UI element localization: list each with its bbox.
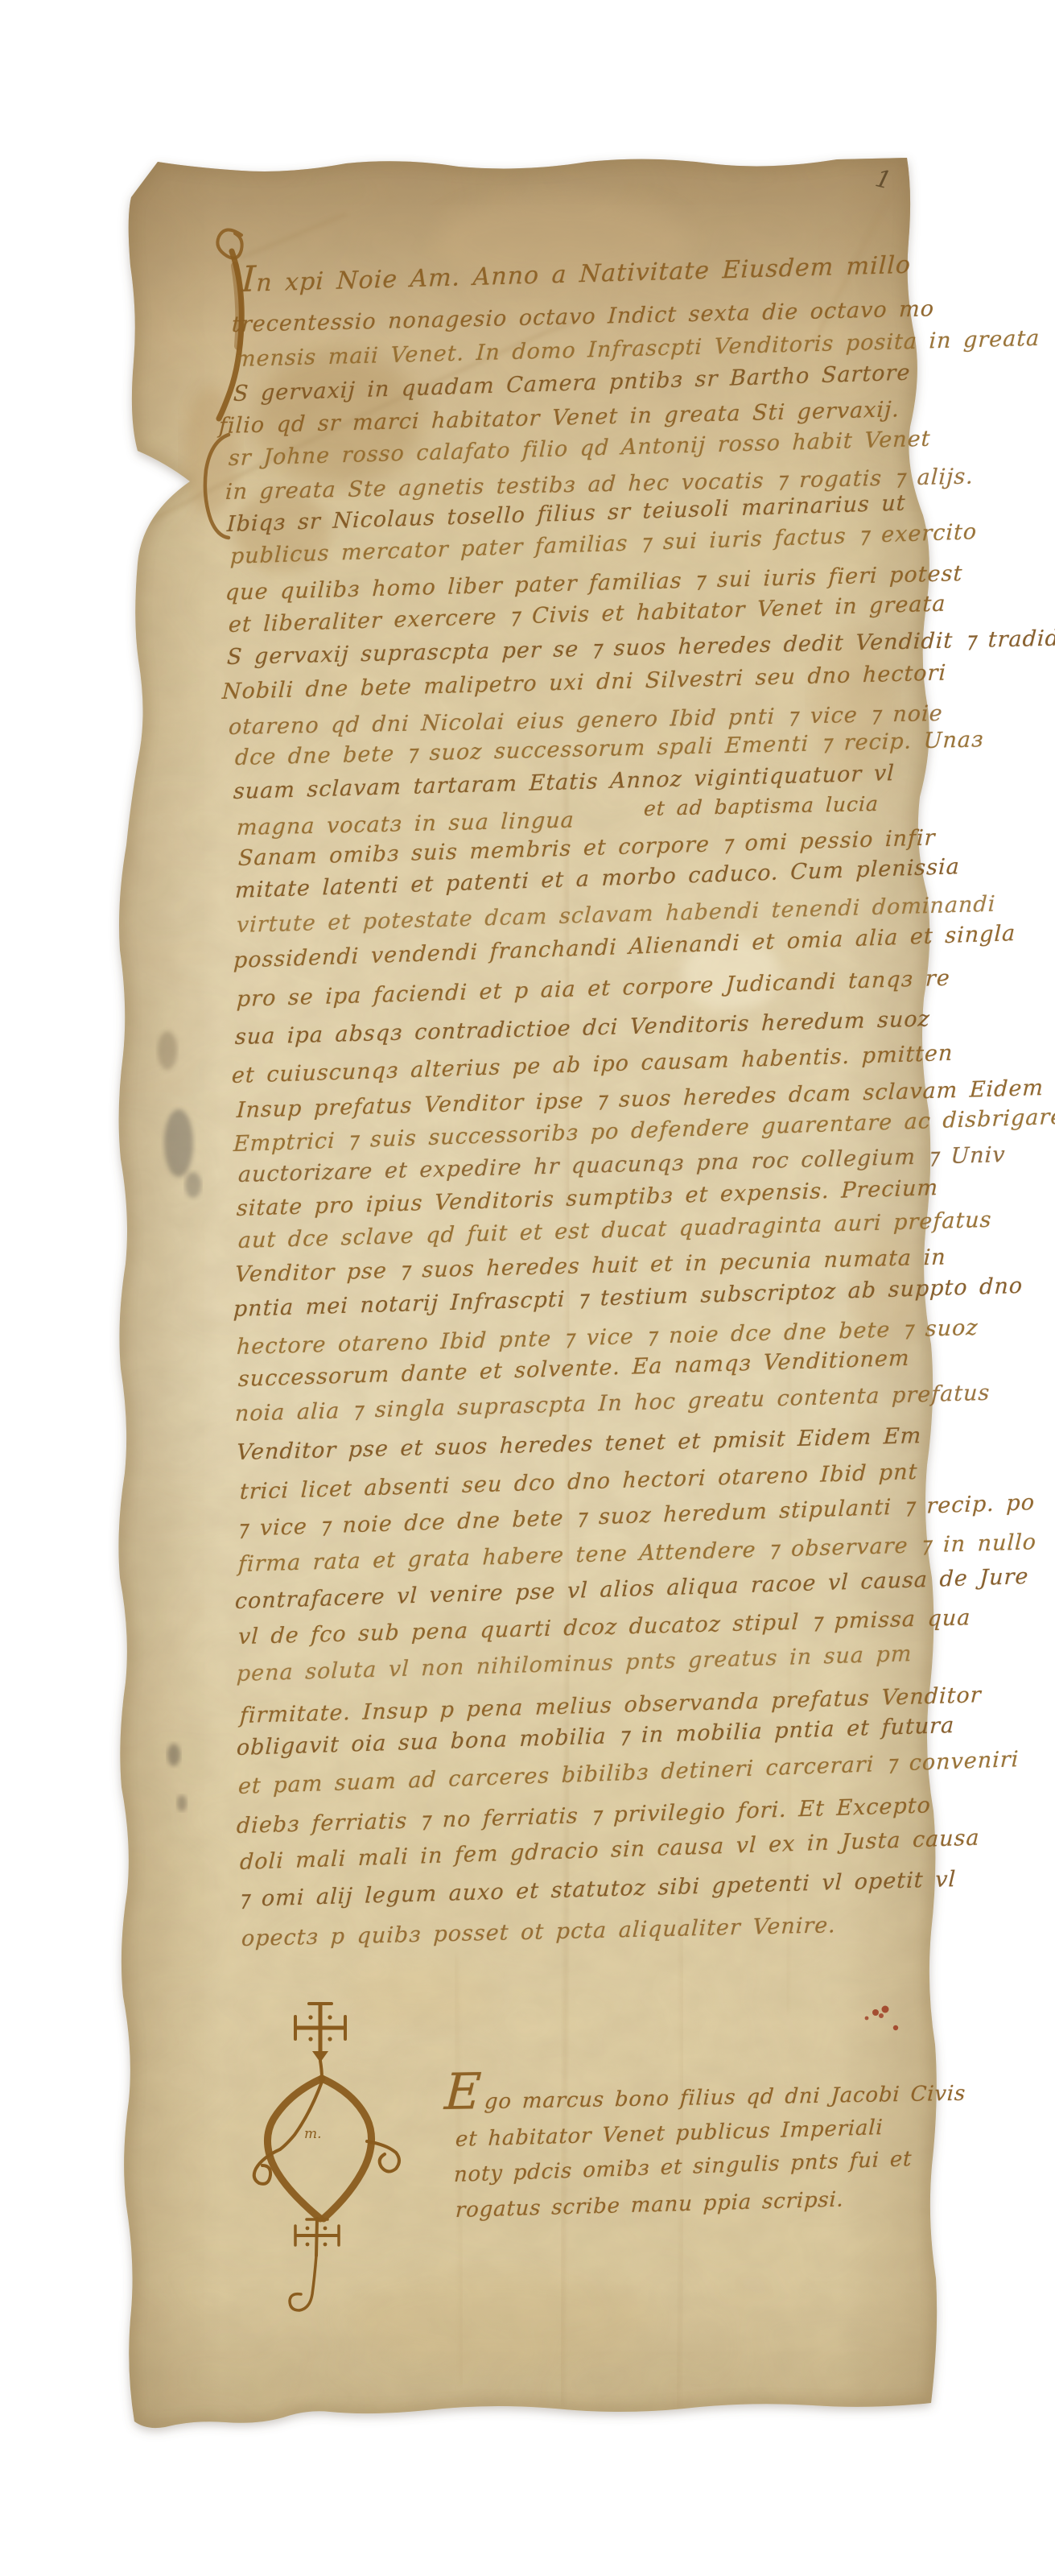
mark-monogram: m.	[304, 2126, 322, 2142]
manuscript-line: et ad baptisma lucia	[643, 792, 879, 820]
manuscript-photo: m. 1 In xpi Noie Am. Anno a Nativitate E…	[0, 0, 1055, 2576]
